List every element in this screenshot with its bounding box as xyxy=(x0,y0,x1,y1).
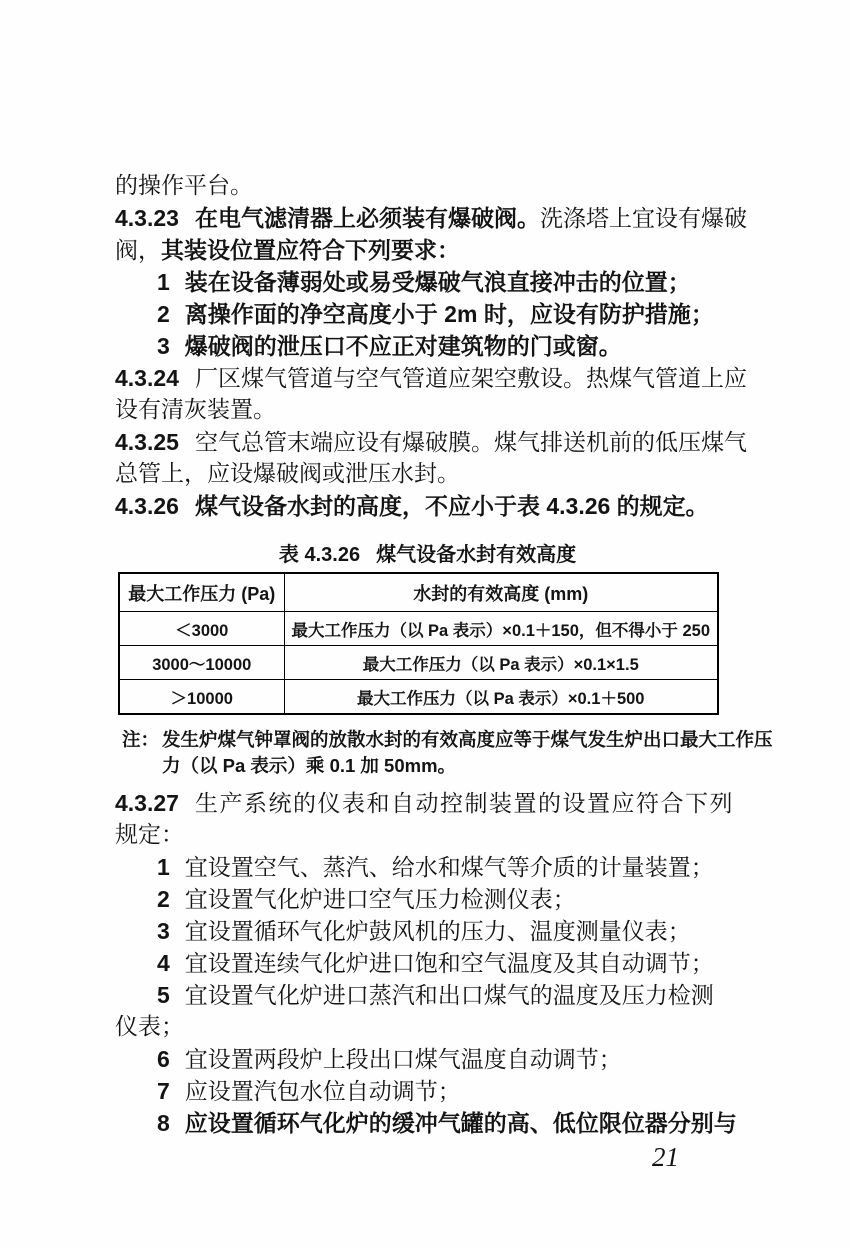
list-item-6: 6宜设置两段炉上段出口煤气温度自动调节； xyxy=(115,1043,740,1075)
body-text: 厂区煤气管道与空气管道应架空敷设。热煤气管道上应 xyxy=(195,366,747,391)
paragraph-continuation: 的操作平台。 xyxy=(115,170,740,202)
list-item-2: 2离操作面的净空高度小于 2m 时，应设有防护措施； xyxy=(115,298,740,330)
table-caption-title: 煤气设备水封有效高度 xyxy=(376,544,576,566)
note-label: 注： xyxy=(122,727,159,779)
item-number: 2 xyxy=(157,886,170,912)
note-line: 发生炉煤气钟罩阀的放散水封的有效高度应等于煤气发生炉出口最大工作压 xyxy=(162,727,773,753)
body-text: 总管上，应设爆破阀或泄压水封。 xyxy=(115,461,460,486)
body-text: 的操作平台。 xyxy=(115,173,253,198)
item-number: 2 xyxy=(157,301,170,327)
table-header-height: 水封的有效高度 (mm) xyxy=(284,573,718,612)
table-caption: 表 4.3.26煤气设备水封有效高度 xyxy=(115,540,740,570)
mandatory-text: 煤气设备水封的高度，不应小于表 4.3.26 的规定。 xyxy=(195,493,709,519)
item-number: 3 xyxy=(157,918,170,944)
clause-number: 4.3.26 xyxy=(115,493,179,519)
body-text: 空气总管末端应设有爆破膜。煤气排送机前的低压煤气 xyxy=(195,430,747,455)
item-number: 1 xyxy=(157,854,170,880)
top-margin xyxy=(115,0,740,170)
clause-number: 4.3.27 xyxy=(115,790,179,816)
item-number: 3 xyxy=(157,333,170,359)
list-item-3: 3宜设置循环气化炉鼓风机的压力、温度测量仪表； xyxy=(115,915,740,947)
table-cell-pressure: ＜3000 xyxy=(119,612,284,646)
table-row: ＜3000 最大工作压力（以 Pa 表示）×0.1＋150，但不得小于 250 xyxy=(119,612,718,646)
item-text: 仪表； xyxy=(115,1014,184,1039)
item-text: 宜设置气化炉进口空气压力检测仪表； xyxy=(185,887,576,912)
table-cell-pressure: ＞10000 xyxy=(119,680,284,715)
clause-4-3-27-line2: 规定： xyxy=(115,819,740,851)
item-text: 宜设置两段炉上段出口煤气温度自动调节； xyxy=(185,1047,622,1072)
table-row: ＞10000 最大工作压力（以 Pa 表示）×0.1＋500 xyxy=(119,680,718,715)
table-cell-formula: 最大工作压力（以 Pa 表示）×0.1×1.5 xyxy=(284,646,718,680)
mandatory-text: 应设置循环气化炉的缓冲气罐的高、低位限位器分别与 xyxy=(185,1110,737,1136)
list-item-5: 5宜设置气化炉进口蒸汽和出口煤气的温度及压力检测 xyxy=(115,979,740,1011)
list-item-3: 3爆破阀的泄压口不应正对建筑物的门或窗。 xyxy=(115,330,740,362)
clause-4-3-26: 4.3.26煤气设备水封的高度，不应小于表 4.3.26 的规定。 xyxy=(115,490,740,522)
document-page: 的操作平台。 4.3.23在电气滤清器上必须装有爆破阀。洗涤塔上宜设有爆破 阀，… xyxy=(0,0,850,1248)
item-text: 离操作面的净空高度小于 2m 时，应设有防护措施； xyxy=(185,301,714,327)
body-text: 规定： xyxy=(115,822,184,847)
clause-number: 4.3.24 xyxy=(115,365,179,391)
table-cell-formula: 最大工作压力（以 Pa 表示）×0.1＋150，但不得小于 250 xyxy=(284,612,718,646)
body-text: 设有清灰装置。 xyxy=(115,397,276,422)
mandatory-text: 在电气滤清器上必须装有爆破阀。 xyxy=(195,205,540,231)
item-text: 装在设备薄弱处或易受爆破气浪直接冲击的位置； xyxy=(185,269,691,295)
page-number: 21 xyxy=(652,1140,712,1174)
clause-4-3-27: 4.3.27生产系统的仪表和自动控制装置的设置应符合下列 xyxy=(115,787,740,819)
clause-number: 4.3.25 xyxy=(115,429,179,455)
item-number: 6 xyxy=(157,1046,170,1072)
clause-4-3-24: 4.3.24厂区煤气管道与空气管道应架空敷设。热煤气管道上应 xyxy=(115,362,740,394)
body-text: 阀， xyxy=(115,238,161,263)
item-text: 宜设置连续气化炉进口饱和空气温度及其自动调节； xyxy=(185,951,714,976)
table-cell-formula: 最大工作压力（以 Pa 表示）×0.1＋500 xyxy=(284,680,718,715)
list-item-5-continuation: 仪表； xyxy=(115,1011,740,1043)
item-text: 宜设置空气、蒸汽、给水和煤气等介质的计量装置； xyxy=(185,855,714,880)
list-item-7: 7应设置汽包水位自动调节； xyxy=(115,1075,740,1107)
note-line: 力（以 Pa 表示）乘 0.1 加 50mm。 xyxy=(162,753,773,779)
table-header-pressure: 最大工作压力 (Pa) xyxy=(119,573,284,612)
table-cell-pressure: 3000～10000 xyxy=(119,646,284,680)
item-number: 8 xyxy=(157,1110,170,1136)
table-row: 3000～10000 最大工作压力（以 Pa 表示）×0.1×1.5 xyxy=(119,646,718,680)
clause-4-3-23: 4.3.23在电气滤清器上必须装有爆破阀。洗涤塔上宜设有爆破 xyxy=(115,202,740,234)
clause-4-3-23-line2: 阀，其装设位置应符合下列要求： xyxy=(115,234,740,266)
table-caption-label: 表 4.3.26 xyxy=(279,544,360,566)
clause-number: 4.3.23 xyxy=(115,205,179,231)
text-column: 的操作平台。 4.3.23在电气滤清器上必须装有爆破阀。洗涤塔上宜设有爆破 阀，… xyxy=(115,0,740,1139)
list-item-1: 1装在设备薄弱处或易受爆破气浪直接冲击的位置； xyxy=(115,266,740,298)
table-note: 注： 发生炉煤气钟罩阀的放散水封的有效高度应等于煤气发生炉出口最大工作压 力（以… xyxy=(122,727,738,779)
section-gap xyxy=(115,779,740,787)
item-number: 5 xyxy=(157,982,170,1008)
item-text: 宜设置循环气化炉鼓风机的压力、温度测量仪表； xyxy=(185,919,691,944)
list-item-1: 1宜设置空气、蒸汽、给水和煤气等介质的计量装置； xyxy=(115,851,740,883)
item-text: 应设置汽包水位自动调节； xyxy=(185,1079,461,1104)
body-text: 生产系统的仪表和自动控制装置的设置应符合下列 xyxy=(195,791,734,816)
item-number: 7 xyxy=(157,1078,170,1104)
water-seal-table: 最大工作压力 (Pa) 水封的有效高度 (mm) ＜3000 最大工作压力（以 … xyxy=(118,572,719,715)
list-item-8: 8应设置循环气化炉的缓冲气罐的高、低位限位器分别与 xyxy=(115,1107,740,1139)
list-item-2: 2宜设置气化炉进口空气压力检测仪表； xyxy=(115,883,740,915)
table-header-row: 最大工作压力 (Pa) 水封的有效高度 (mm) xyxy=(119,573,718,612)
mandatory-text: 其装设位置应符合下列要求： xyxy=(161,237,460,263)
item-number: 4 xyxy=(157,950,170,976)
note-body: 发生炉煤气钟罩阀的放散水封的有效高度应等于煤气发生炉出口最大工作压 力（以 Pa… xyxy=(162,727,773,779)
clause-4-3-25: 4.3.25空气总管末端应设有爆破膜。煤气排送机前的低压煤气 xyxy=(115,426,740,458)
list-item-4: 4宜设置连续气化炉进口饱和空气温度及其自动调节； xyxy=(115,947,740,979)
item-text: 爆破阀的泄压口不应正对建筑物的门或窗。 xyxy=(185,333,622,359)
clause-4-3-25-line2: 总管上，应设爆破阀或泄压水封。 xyxy=(115,458,740,490)
clause-4-3-24-line2: 设有清灰装置。 xyxy=(115,394,740,426)
body-text: 洗涤塔上宜设有爆破 xyxy=(540,206,747,231)
item-text: 宜设置气化炉进口蒸汽和出口煤气的温度及压力检测 xyxy=(185,983,714,1008)
item-number: 1 xyxy=(157,269,170,295)
